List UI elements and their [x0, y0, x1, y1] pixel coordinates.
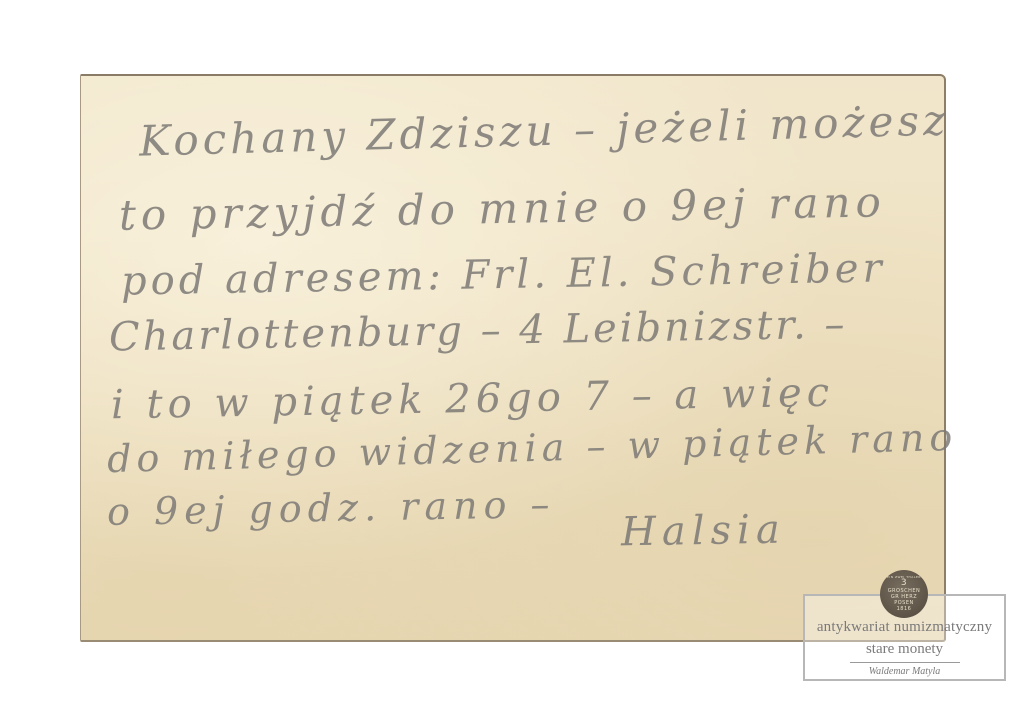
watermark-title: antykwariat numizmatyczny [803, 619, 1006, 636]
coin-denomination: 3 [880, 579, 928, 588]
watermark-subtitle: stare monety [803, 641, 1006, 658]
handwritten-line: o 9ej godz. rano – [107, 482, 556, 534]
watermark-owner: Waldemar Matyla [803, 666, 1006, 677]
handwritten-line: i to w piątek 26go 7 – a więc [111, 370, 835, 429]
watermark-divider [850, 662, 960, 663]
signature: Halsia [621, 507, 786, 556]
handwritten-line: to przyjdź do mnie o 9ej rano [119, 177, 887, 239]
coin-line: 1816 [880, 606, 928, 612]
postcard: Kochany Zdziszu – jeżeli możesz to przyj… [80, 74, 946, 642]
handwritten-line: Charlottenburg – 4 Leibnizstr. – [109, 302, 848, 361]
handwritten-line: Kochany Zdziszu – jeżeli możesz [138, 95, 949, 165]
coin-logo-icon: EIN ZWEI THALER 3 GROSCHEN GR HERZ POSEN… [880, 570, 928, 618]
handwritten-line: pod adresem: Frl. El. Schreiber [121, 245, 886, 304]
